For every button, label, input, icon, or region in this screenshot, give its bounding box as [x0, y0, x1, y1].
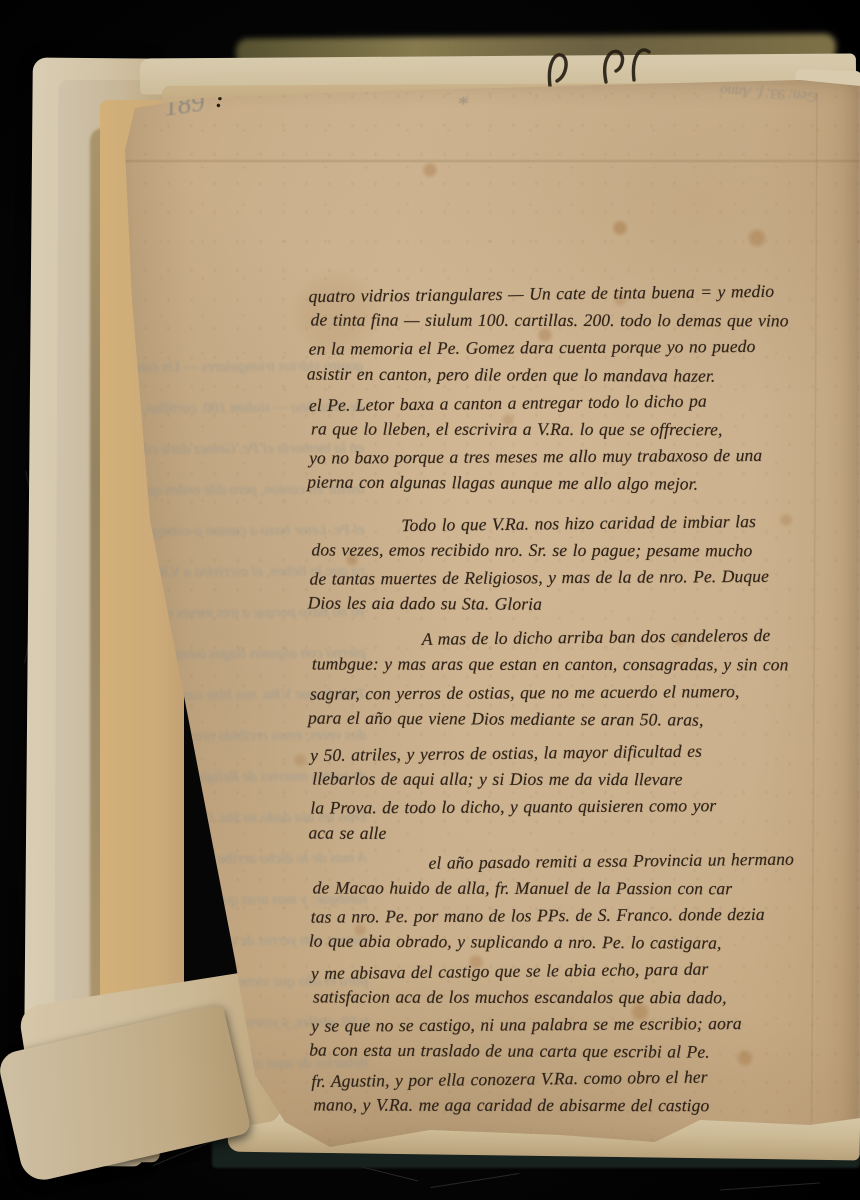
manuscript-line: de tantas muertes de Religiosos, y mas d… [309, 562, 857, 593]
manuscript-text: quatro vidrios triangulares — Un cate de… [309, 279, 860, 1121]
pencil-inscription: Gen. 93. f. Anno [688, 78, 819, 104]
manuscript-line: y 50. atriles, y yerros de ostias, la ma… [310, 736, 858, 769]
manuscript-line: tumbgue: y mas aras que estan en canton,… [312, 651, 860, 679]
manuscript-line: Dios les aia dado su Sta. Gloria [308, 590, 856, 620]
manuscript-line: yo no baxo porque a tres meses me allo m… [309, 441, 857, 472]
manuscript-line: quatro vidrios triangulares — Un cate de… [308, 277, 856, 310]
manuscript-line: en la memoria el Pe. Gomez dara cuenta p… [309, 333, 857, 364]
manuscript-line: el año pasado remiti a essa Provincia un… [310, 845, 858, 878]
manuscript-line: asistir en canton, pero dile orden que l… [307, 360, 855, 390]
manuscript-line: el Pe. Letor baxa a canton a entregar to… [309, 386, 857, 419]
manuscript-line: la Prova. de todo lo dicho, y quanto qui… [310, 792, 858, 823]
manuscript-line: de tinta fina — siulum 100. cartillas. 2… [311, 307, 859, 335]
manuscript-line: satisfacion aca de los muchos escandalos… [313, 983, 860, 1011]
manuscript-line: de Macao huido de alla, fr. Manuel de la… [313, 874, 860, 902]
paper-fiber [720, 1183, 820, 1191]
horizontal-fold-crease [100, 160, 860, 162]
manuscript-line: tas a nro. Pe. por mano de los PPs. de S… [311, 900, 859, 931]
manuscript-line: y se que no se castigo, ni una palabra s… [311, 1009, 859, 1040]
manuscript-line: mano, y V.Ra. me aga caridad de abisarme… [313, 1092, 860, 1120]
photo-canvas: quatro vidrios triangulares — Un cate de… [0, 0, 860, 1200]
manuscript-line: fr. Agustin, y por ella conozera V.Ra. c… [311, 1062, 859, 1095]
manuscript-line: ra que lo lleben, el escrivira a V.Ra. l… [311, 415, 859, 443]
manuscript-line: sagrar, con yerros de ostias, que no me … [310, 677, 858, 708]
manuscript-line: pierna con algunas llagas aunque me allo… [307, 469, 855, 499]
manuscript-line: A mas de lo dicho arriba ban dos candele… [310, 621, 858, 654]
manuscript-line: llebarlos de aqui alla; y si Dios me da … [312, 766, 860, 794]
paper-fiber [430, 1173, 519, 1188]
manuscript-line: y me abisava del castigo que se le abia … [311, 953, 859, 986]
pencil-asterisk-mark: * [458, 91, 469, 117]
manuscript-line: Todo lo que V.Ra. nos hizo caridad de im… [309, 506, 857, 539]
manuscript-line: lo que abia obrado, y suplicando a nro. … [309, 928, 857, 958]
manuscript-line: aca se alle [308, 819, 856, 849]
manuscript-line: para el año que viene Dios mediante se a… [308, 704, 856, 734]
manuscript-line: dos vezes, emos recibido nro. Sr. se lo … [311, 536, 859, 564]
